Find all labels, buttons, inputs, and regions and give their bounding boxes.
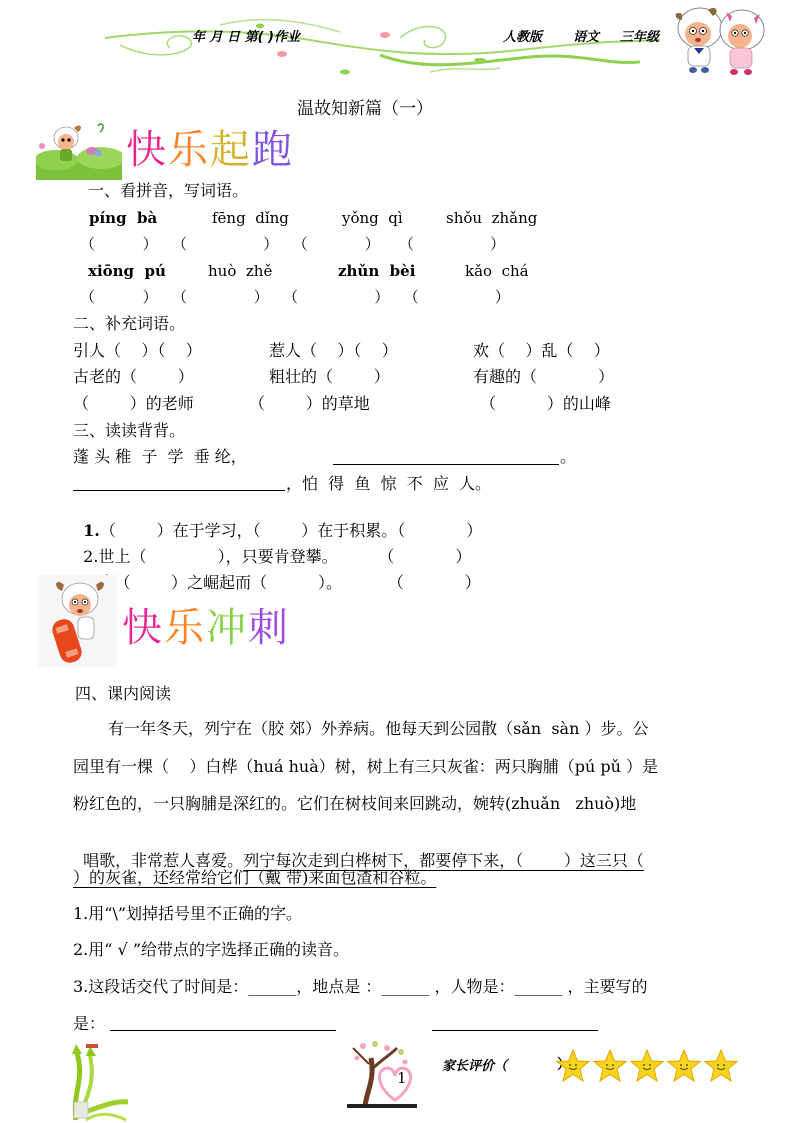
answer-blank-main-1[interactable] <box>110 1030 336 1031</box>
poem-blank-1[interactable] <box>333 464 559 465</box>
proverb-item-3[interactable]: 3.为（ ）之崛起而（ ）。 （ ） <box>73 553 481 593</box>
parent-evaluation-label: 家长评价（ <box>442 1055 507 1074</box>
section3-heading: 三、读读背背。 <box>73 421 185 441</box>
star-icon[interactable] <box>593 1049 627 1083</box>
question-3-continued: 是： <box>73 1014 105 1034</box>
cartoon-sheep-pair-image <box>668 2 778 80</box>
fill-word-r1c3[interactable]: 欢（ ）乱（ ） <box>473 341 610 361</box>
poem-line2: ，怕 得 鱼 惊 不 应 人。 <box>286 474 491 494</box>
star-icon[interactable] <box>556 1049 590 1083</box>
passage-line-4: 唱歌，非常惹人喜爱。列宁每次走到白桦树下，都要停下来，（ ）这三只（ <box>73 831 644 871</box>
section1-heading: 一、看拼音，写词语。 <box>88 181 248 201</box>
page-title: 温故知新篇（一） <box>297 99 433 119</box>
pinyin-shou-zhang: shǒu zhǎng <box>446 208 537 228</box>
item-text: 为（ ）之崛起而（ ）。 （ ） <box>98 573 480 592</box>
poem-blank-2[interactable] <box>73 490 285 491</box>
passage-line-5: ）的灰雀，还经常给它们（戴 带)来面包渣和谷粒。 <box>73 868 436 888</box>
page-number: 1 <box>397 1068 407 1088</box>
header-grade: 三年级 <box>620 26 659 45</box>
pinyin-zhun-bei: zhǔn bèi <box>338 261 415 281</box>
answer-blanks-row2[interactable]: （ ） （ ） （ ） （ ） <box>80 287 510 307</box>
header-edition: 人教版 <box>503 26 542 45</box>
star-rating[interactable] <box>556 1049 741 1087</box>
pinyin-feng-ding: fēng dǐng <box>212 208 289 228</box>
fill-word-r3c2[interactable]: （ ）的草地 <box>249 394 370 414</box>
question-2: 2.用“ √ ”给带点的字选择正确的读音。 <box>73 940 349 960</box>
header-subject: 语文 <box>573 26 599 45</box>
pinyin-huo-zhe: huò zhě <box>208 261 272 281</box>
pinyin-yong-qi: yǒng qì <box>342 208 403 228</box>
star-icon[interactable] <box>630 1049 664 1083</box>
answer-blanks-row1[interactable]: （ ） （ ） （ ） （ ） <box>80 234 505 254</box>
header-date-label: 年 月 日 第( )作业 <box>192 26 300 45</box>
fill-word-r2c3[interactable]: 有趣的（ ） <box>473 367 614 387</box>
passage-line-3: 粉红色的，一只胸脯是深红的。它们在树枝间来回跳动，婉转(zhuǎn zhuò)地 <box>73 794 636 814</box>
cartoon-sheep-skateboard-image <box>38 575 118 667</box>
banner-sprint-title: 快乐冲刺 <box>122 606 290 650</box>
vine-decoration-image <box>66 1040 130 1122</box>
pinyin-xiong-pu: xiōng pú <box>88 261 166 281</box>
section4-heading: 四、课内阅读 <box>75 684 171 704</box>
header-swirl-decoration <box>100 10 660 80</box>
pinyin-kao-cha: kǎo chá <box>465 261 529 281</box>
pinyin-ping-ba: píng bà <box>89 208 157 228</box>
poem-line1-end: 。 <box>560 447 576 467</box>
poem-line1: 蓬 头 稚 子 学 垂 纶， <box>73 447 247 467</box>
banner-warmup-title: 快乐起跑 <box>126 128 294 172</box>
fill-word-r1c1[interactable]: 引人（ ）（ ） <box>73 341 202 361</box>
question-1: 1.用“\”划掉括号里不正确的字。 <box>73 904 302 924</box>
fill-word-r2c1[interactable]: 古老的（ ） <box>73 367 194 387</box>
passage-line-1: 有一年冬天，列宁在（胶 郊）外养病。他每天到公园散（sǎn sàn ）步。公 <box>108 719 648 739</box>
question-3[interactable]: 3.这段话交代了时间是：______，地点是 ：______ ，人物是：____… <box>73 977 648 997</box>
answer-blank-main-2[interactable] <box>432 1030 598 1031</box>
fill-word-r3c3[interactable]: （ ）的山峰 <box>480 394 611 414</box>
cartoon-sheep-meadow-image <box>36 116 122 180</box>
star-icon[interactable] <box>667 1049 701 1083</box>
star-icon[interactable] <box>704 1049 738 1083</box>
fill-word-r1c2[interactable]: 惹人（ ）（ ） <box>269 341 398 361</box>
section2-heading: 二、补充词语。 <box>73 314 185 334</box>
fill-word-r2c2[interactable]: 粗壮的（ ） <box>269 367 390 387</box>
fill-word-r3c1[interactable]: （ ）的老师 <box>73 394 194 414</box>
passage-line-2: 园里有一棵（ ）白桦（huá huà）树，树上有三只灰雀：两只胸脯（pú pǔ … <box>73 757 658 777</box>
